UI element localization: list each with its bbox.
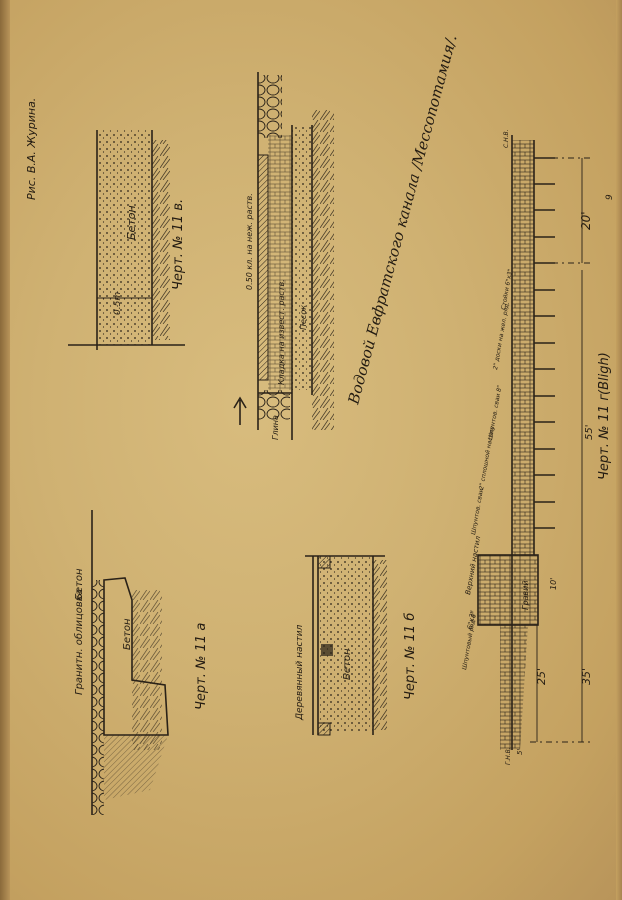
fig-11g-label-sheet-piles-2: Шпунтов. сваи (470, 488, 485, 535)
fig-11g-label-gnv: Г.Н.В. (505, 747, 512, 765)
fig-11g-label-sheet-pile-row: Шпунтовый ряд 6" (461, 611, 478, 671)
dim-20ft: 20' (579, 211, 593, 230)
up-arrow-icon (234, 398, 246, 425)
dim-10ft: 10' (549, 578, 558, 590)
fig-11b-label-concrete: Бетон (342, 648, 353, 680)
figure-11g-drawing (478, 135, 590, 750)
fig-11v-label-concrete: Бетон (125, 205, 138, 240)
fig-11v-label-depth: 0.5m (113, 292, 123, 315)
drawings-canvas: Рис. В.А. Журина. Черт. № 11 в. Бетон 0.… (0, 0, 622, 900)
fig-canal-label-2: Кладка на извест. раств. (277, 279, 286, 385)
piles (534, 158, 555, 528)
fig-11g-caption-sub: (Bligh) (597, 352, 612, 395)
fig-11v-caption: Черт. № 11 в. (171, 199, 186, 290)
fig-11g-caption: Черт. № 11 г (597, 394, 612, 480)
dim-25ft: 25' (535, 668, 548, 685)
fig-11a-caption: Черт. № 11 а (194, 623, 209, 710)
fig-11a-label-concrete: Бетон (122, 618, 133, 650)
fig-canal-label-1: 0.50 кл. на неж. раств. (245, 193, 254, 290)
fig-11b-label-deck: Деревянный настил (295, 624, 305, 721)
fig-canal-caption: Водовой Евфратского канала /Мессопотамия… (344, 33, 460, 407)
fig-11g-label-snv: С.Н.В. (503, 129, 510, 148)
figure-11a-drawing (92, 510, 168, 815)
author-credit: Рис. В.А. Журина. (25, 98, 38, 200)
dim-55ft: 55' (584, 425, 595, 440)
fig-canal-label-clay: Глина (271, 415, 280, 440)
fig-11a-label-lining: Гранитн. облицовка (73, 589, 85, 695)
dim-35ft: 35' (580, 668, 593, 685)
fig-canal-label-sand: Песок (299, 305, 308, 330)
figure-11b-drawing (305, 556, 387, 735)
fig-11g-label-boards: 2" доски на жел. ряд. (492, 301, 511, 370)
page-marker: 9 (605, 194, 615, 200)
fig-11b-caption: Черт. № 11 б (403, 613, 418, 700)
scanned-page: Рис. В.А. Журина. Черт. № 11 в. Бетон 0.… (0, 0, 622, 900)
fig-11g-label-deck: 2" сплошной настил (478, 426, 496, 491)
dim-5ft: 5' (516, 749, 524, 755)
fig-11g-label-gravel: Гравий (521, 580, 530, 610)
